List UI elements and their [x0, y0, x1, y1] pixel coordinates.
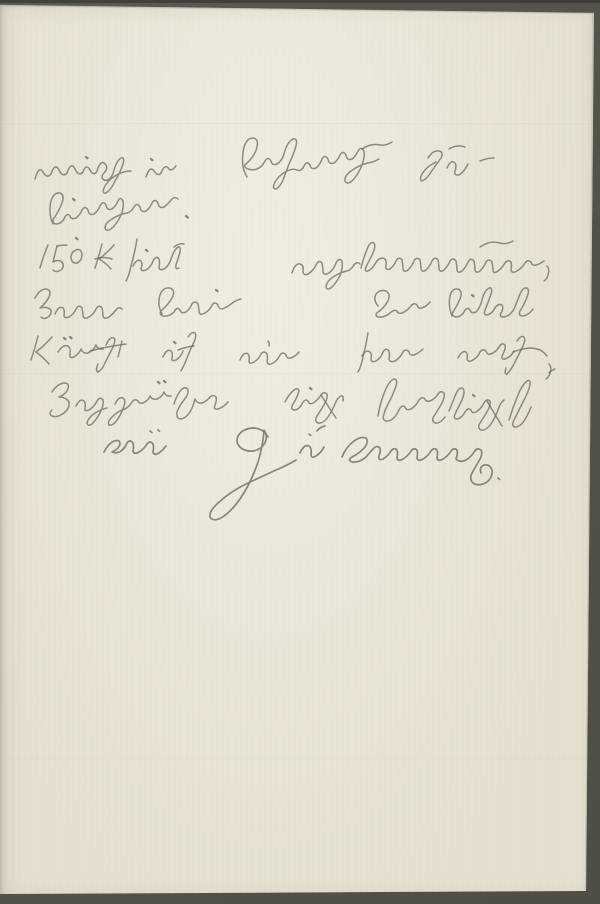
- letter-paper: [0, 0, 600, 904]
- paper-edge-shadow: [0, 0, 600, 904]
- letter-transcript: mich in Rechnung zu- bringen. 150 K sind…: [0, 0, 1, 1]
- transcript-line: mich in Rechnung zu-: [0, 0, 1, 1]
- scanned-letter-page: mich in Rechnung zu- bringen. 150 K sind…: [0, 0, 600, 904]
